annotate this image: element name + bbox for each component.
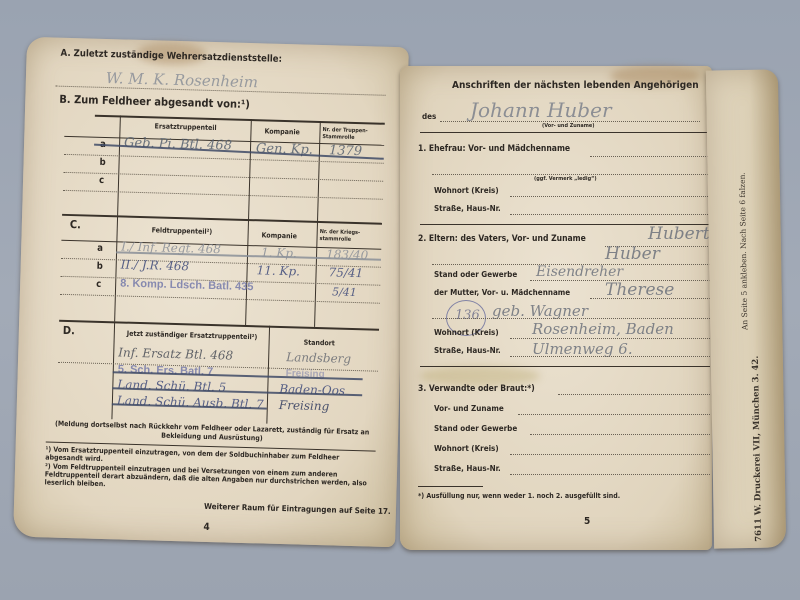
col-kompanie: Kompanie bbox=[261, 231, 297, 240]
relatives-name-label: Vor- und Zuname bbox=[434, 404, 504, 413]
parents-street-label: Straße, Haus-Nr. bbox=[434, 346, 501, 355]
page-number: 4 bbox=[203, 522, 210, 533]
parents-label: 2. Eltern: des Vaters, Vor- und Zuname bbox=[418, 234, 586, 244]
c-c-unit-stamp: 8. Komp. Ldsch. Batl. 435 bbox=[120, 277, 254, 293]
d-location-3: Baden-Oos bbox=[279, 382, 345, 398]
occupation-label: Stand oder Gewerbe bbox=[434, 270, 517, 279]
col-ersatztruppenteil: Ersatztruppenteil bbox=[154, 122, 216, 132]
relatives-label: 3. Verwandte oder Braut:*) bbox=[418, 384, 535, 394]
c-b-company: 11. Kp. bbox=[256, 263, 300, 278]
section-d-label: D. bbox=[63, 324, 75, 337]
col-current-unit: Jetzt zuständiger Ersatztruppenteil²) bbox=[127, 330, 258, 342]
father-last-name: Huber bbox=[605, 244, 660, 264]
dotted-line bbox=[510, 356, 710, 357]
stain bbox=[420, 366, 540, 386]
parents-residence-label: Wohnort (Kreis) bbox=[434, 328, 499, 337]
dotted-line bbox=[432, 318, 710, 319]
row-letter-b: b bbox=[97, 261, 103, 272]
des-label: des bbox=[422, 112, 436, 121]
relatives-footnote: *) Ausfüllung nur, wenn weder 1. noch 2.… bbox=[418, 492, 620, 500]
des-value: Johann Huber bbox=[470, 98, 612, 122]
rule bbox=[59, 320, 379, 330]
mother-label: der Mutter, Vor- u. Mädchenname bbox=[434, 288, 570, 297]
row-letter-c: c bbox=[96, 279, 101, 290]
section-b-label: B. Zum Feldheer abgesandt von:¹) bbox=[59, 93, 250, 111]
rule bbox=[95, 115, 385, 125]
column-divider bbox=[317, 121, 321, 221]
d-unit-4: Land. Schü. Ausb. Btl. 7 bbox=[117, 393, 264, 411]
mother-first-name: Therese bbox=[605, 280, 674, 300]
c-a-rollno: 183/40 bbox=[326, 247, 369, 262]
column-divider bbox=[114, 215, 118, 321]
dotted-line bbox=[510, 454, 710, 455]
page-4: A. Zuletzt zuständige Wehrersatzdienstst… bbox=[13, 37, 409, 547]
d-location-4: Freising bbox=[279, 398, 330, 413]
stamp-number: 136 bbox=[455, 308, 480, 323]
relatives-occupation-label: Stand oder Gewerbe bbox=[434, 424, 517, 433]
wife-residence-label: Wohnort (Kreis) bbox=[434, 186, 499, 195]
father-first-name: Hubert bbox=[648, 224, 710, 244]
dotted-line bbox=[440, 121, 700, 122]
parents-residence: Rosenheim, Baden bbox=[532, 320, 674, 338]
page-title: Anschriften der nächsten lebenden Angehö… bbox=[452, 80, 699, 91]
printer-imprint: 7611 W. Druckerei VII, München 3. 42. bbox=[751, 356, 764, 542]
d-unit-3: Land. Schü. Btl. 5 bbox=[117, 377, 226, 394]
relatives-residence-label: Wohnort (Kreis) bbox=[434, 444, 499, 453]
foldout-instruction: An Seite 5 ankleben. Nach Seite 6 falzen… bbox=[738, 172, 750, 330]
foldout-page-edge: An Seite 5 ankleben. Nach Seite 6 falzen… bbox=[706, 69, 786, 548]
wife-street-label: Straße, Haus-Nr. bbox=[434, 204, 501, 213]
rule bbox=[420, 366, 710, 367]
dotted-line bbox=[510, 338, 710, 339]
col-kompanie: Kompanie bbox=[264, 127, 300, 136]
wife-note: (ggf. Vermerk „ledig“) bbox=[534, 176, 597, 182]
dotted-line bbox=[590, 298, 710, 299]
d-location-1: Landsberg bbox=[286, 350, 351, 366]
dotted-line bbox=[510, 196, 710, 197]
dotted-line bbox=[432, 174, 710, 175]
section-c-label: C. bbox=[70, 218, 81, 231]
column-divider bbox=[117, 115, 121, 215]
col-standort: Standort bbox=[304, 339, 335, 348]
page-number: 5 bbox=[584, 516, 590, 527]
c-b-unit: II./ J.R. 468 bbox=[121, 257, 190, 273]
relatives-street-label: Straße, Haus-Nr. bbox=[434, 464, 501, 473]
col-stammrolle: Nr. der Truppen-Stammrolle bbox=[322, 127, 382, 143]
dotted-line bbox=[510, 474, 710, 475]
father-occupation: Eisendreher bbox=[536, 264, 623, 280]
col-feldtruppenteil: Feldtruppenteil²) bbox=[152, 226, 213, 236]
dotted-line bbox=[510, 214, 710, 215]
dotted-line bbox=[518, 414, 710, 415]
column-divider bbox=[248, 119, 252, 219]
d-unit-2-stamp: 5. Sch. Ers. Batl. 7 bbox=[118, 363, 214, 378]
column-divider bbox=[314, 221, 318, 327]
rule bbox=[418, 486, 483, 487]
dotted-line bbox=[558, 394, 710, 395]
dotted-line bbox=[530, 434, 710, 435]
c-b-rollno: 75/41 bbox=[328, 265, 363, 280]
c-c-rollno: 5/41 bbox=[332, 285, 357, 299]
row-letter-a: a bbox=[97, 243, 103, 254]
des-sublabel: (Vor- und Zuname) bbox=[542, 123, 594, 129]
dotted-line bbox=[63, 190, 383, 200]
more-space-note: Weiterer Raum für Eintragungen auf Seite… bbox=[204, 502, 391, 516]
page-5: Anschriften der nächsten lebenden Angehö… bbox=[400, 66, 712, 550]
dotted-line bbox=[63, 172, 383, 182]
column-divider bbox=[245, 219, 249, 325]
col-kriegsstammrolle: Nr. der Kriegs-stammrolle bbox=[319, 229, 379, 245]
wife-name-field bbox=[590, 156, 710, 157]
c-a-company: 1. Kp. bbox=[261, 245, 297, 260]
row-letter-b: b bbox=[99, 157, 105, 168]
d-unit-1: Inf. Ersatz Btl. 468 bbox=[118, 345, 233, 362]
wife-label: 1. Ehefrau: Vor- und Mädchenname bbox=[418, 144, 570, 154]
rule bbox=[62, 214, 382, 224]
rule bbox=[420, 132, 710, 133]
row-letter-c: c bbox=[99, 175, 104, 186]
